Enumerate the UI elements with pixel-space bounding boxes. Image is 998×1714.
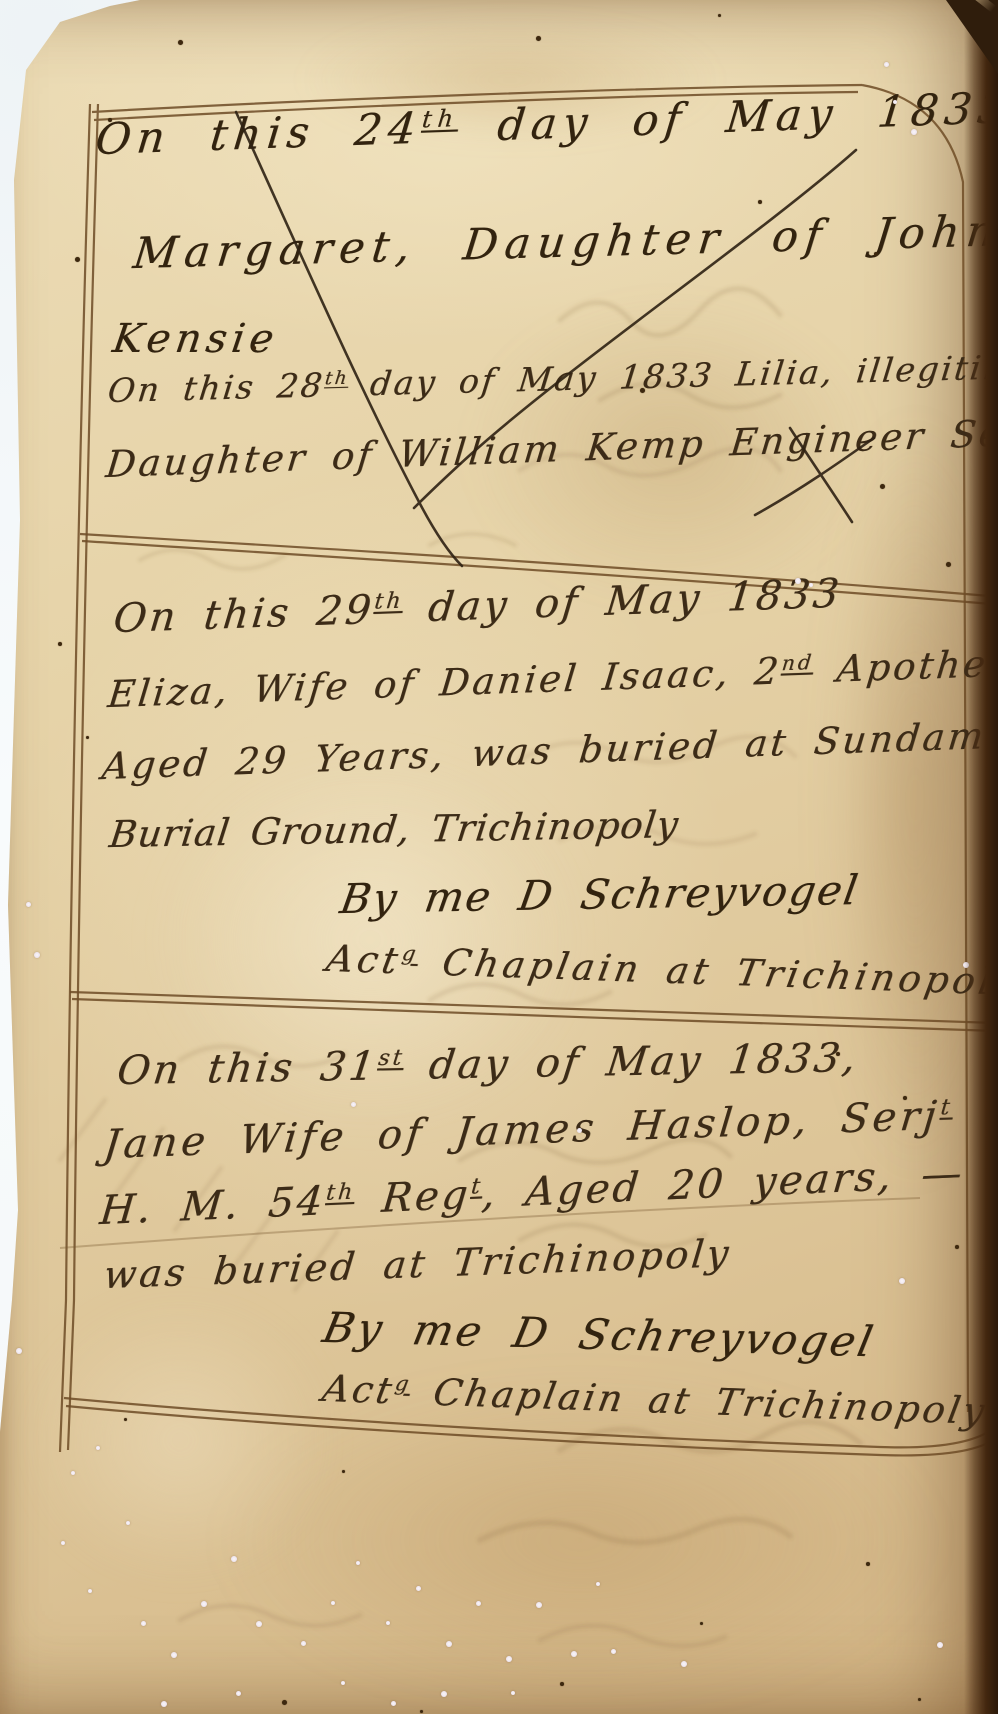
- paper-highlight: [30, 1300, 330, 1580]
- paper-stain: [220, 1380, 940, 1700]
- book-binding-edge: [964, 0, 998, 1714]
- entry2-signature: By me D Schreyvogel: [337, 869, 862, 921]
- manuscript-photo: On this 24th day of May 1833 Margaret, D…: [0, 0, 998, 1714]
- entry1-line3: Kensie: [110, 318, 281, 360]
